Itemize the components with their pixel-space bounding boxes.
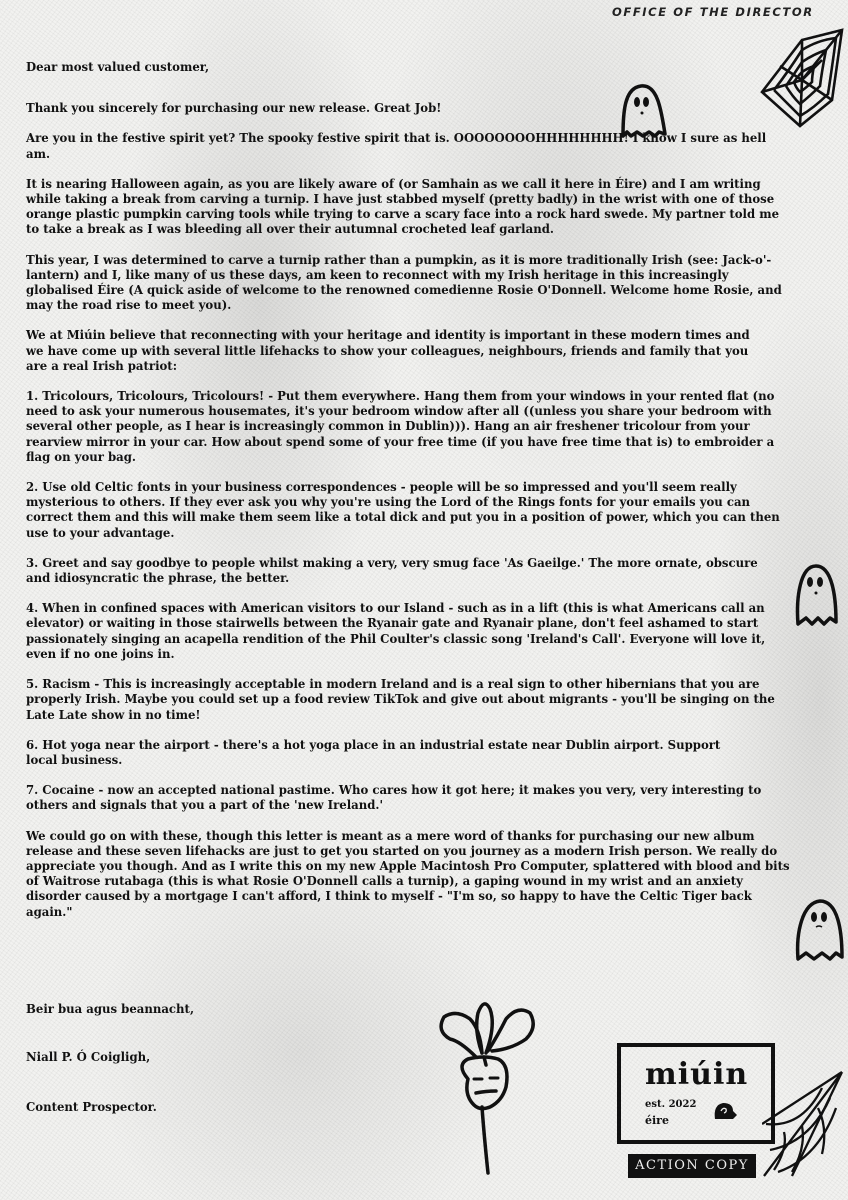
paragraph-closing: We could go on with these, though this l… — [26, 829, 791, 920]
closing-line: Beir bua agus beannacht, — [26, 1002, 194, 1016]
spiderweb-icon — [762, 1068, 848, 1180]
lifehack-2: 2. Use old Celtic fonts in your business… — [26, 480, 791, 541]
office-header: OFFICE OF THE DIRECTOR — [612, 5, 814, 19]
turnip-icon — [430, 995, 540, 1185]
letter-body: Dear most valued customer, Thank you sin… — [26, 60, 791, 935]
lifehack-6: 6. Hot yoga near the airport - there's a… — [26, 738, 746, 768]
signature-title: Content Prospector. — [26, 1100, 157, 1114]
salutation: Dear most valued customer, — [26, 60, 791, 75]
lifehack-4: 4. When in confined spaces with American… — [26, 601, 791, 662]
lifehack-5: 5. Racism - This is increasingly accepta… — [26, 677, 791, 723]
paragraph-halloween: It is nearing Halloween again, as you ar… — [26, 177, 791, 238]
miuin-logo-stamp: miúin est. 2022 éire — [617, 1043, 775, 1144]
established-year: est. 2022 — [645, 1099, 696, 1110]
paragraph-turnip: This year, I was determined to carve a t… — [26, 253, 791, 314]
ghost-icon — [615, 80, 671, 140]
action-copy-label: ACTION COPY — [628, 1154, 756, 1178]
paragraph-thanks: Thank you sincerely for purchasing our n… — [26, 101, 791, 116]
country-label: éire — [645, 1114, 669, 1127]
lifehack-1: 1. Tricolours, Tricolours, Tricolours! -… — [26, 389, 791, 465]
ghost-icon — [792, 895, 848, 965]
lifehack-7: 7. Cocaine - now an accepted national pa… — [26, 783, 791, 813]
spiderweb-icon — [752, 20, 848, 130]
ghost-icon — [792, 560, 842, 630]
signature-name: Niall P. Ó Coigligh, — [26, 1050, 150, 1064]
brand-name: miúin — [645, 1057, 748, 1092]
snail-icon — [713, 1099, 739, 1121]
lifehack-3: 3. Greet and say goodbye to people whils… — [26, 556, 766, 586]
paragraph-heritage: We at Miúin believe that reconnecting wi… — [26, 328, 766, 374]
